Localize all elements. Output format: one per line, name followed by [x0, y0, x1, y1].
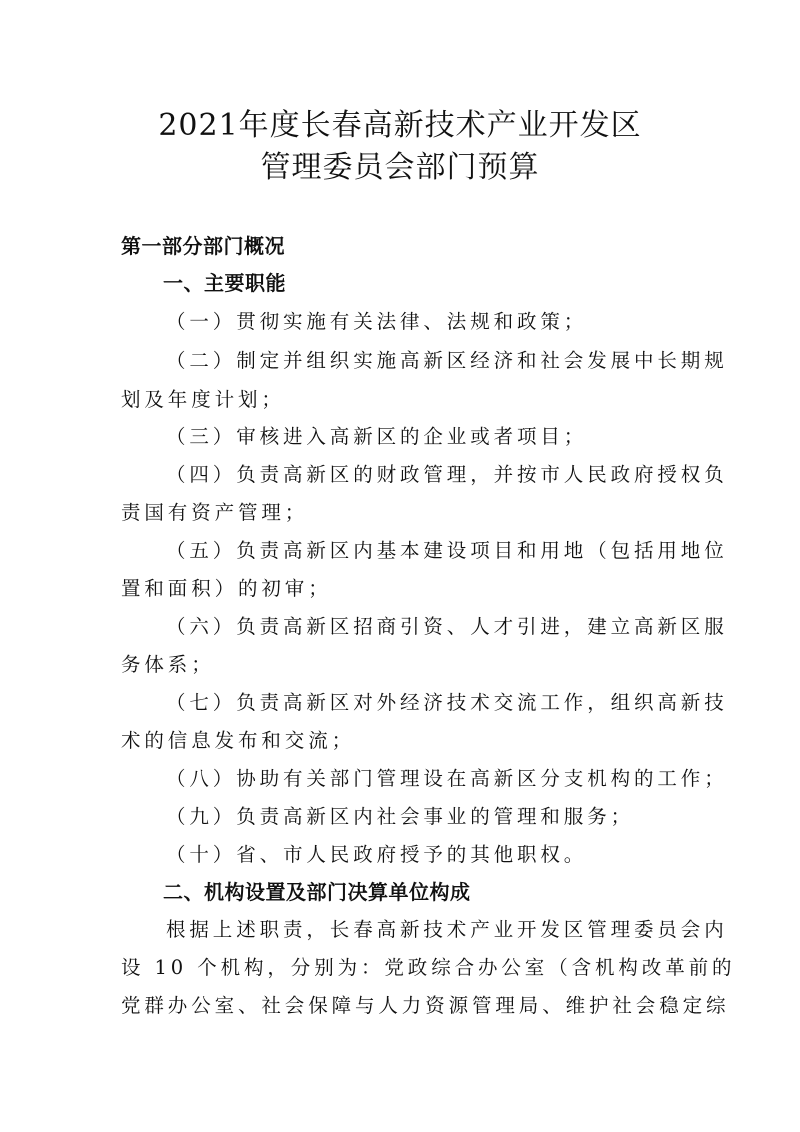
function-item-7-cont: 术的信息发布和交流； [121, 725, 355, 753]
function-item-3: （三）审核进入高新区的企业或者项目； [166, 421, 587, 449]
function-item-2-cont: 划及年度计划； [121, 384, 285, 412]
document-title-line2: 管理委员会部门预算 [0, 142, 800, 186]
function-item-7: （七）负责高新区对外经济技术交流工作，组织高新技 [166, 687, 728, 715]
function-item-5-cont: 置和面积）的初审； [121, 573, 332, 601]
section2-paragraph-line3: 党群办公室、社会保障与人力资源管理局、维护社会稳定综 [121, 990, 729, 1018]
section2-paragraph-line1: 根据上述职责，长春高新技术产业开发区管理委员会内 [166, 914, 728, 942]
function-item-5: （五）负责高新区内基本建设项目和用地（包括用地位 [166, 535, 728, 563]
function-item-6: （六）负责高新区招商引资、人才引进，建立高新区服 [166, 611, 728, 639]
document-page: 2021年度长春高新技术产业开发区 管理委员会部门预算 第一部分部门概况 一、主… [0, 0, 800, 1132]
function-item-4: （四）负责高新区的财政管理，并按市人民政府授权负 [166, 459, 728, 487]
document-title-line1: 2021年度长春高新技术产业开发区 [0, 100, 800, 144]
section2-paragraph-line2: 设 10 个机构，分别为：党政综合办公室（含机构改革前的 [121, 952, 735, 980]
function-item-2: （二）制定并组织实施高新区经济和社会发展中长期规 [166, 345, 728, 373]
function-item-4-cont: 责国有资产管理； [121, 497, 308, 525]
function-item-10: （十）省、市人民政府授予的其他职权。 [166, 839, 587, 867]
function-item-9: （九）负责高新区内社会事业的管理和服务； [166, 801, 634, 829]
function-item-6-cont: 务体系； [121, 649, 215, 677]
section2-heading: 二、机构设置及部门决算单位构成 [163, 876, 471, 905]
section1-heading: 一、主要职能 [163, 267, 286, 296]
part1-heading: 第一部分部门概况 [121, 230, 285, 259]
function-item-8: （八）协助有关部门管理设在高新区分支机构的工作； [166, 763, 728, 791]
function-item-1: （一）贯彻实施有关法律、法规和政策； [166, 306, 587, 334]
